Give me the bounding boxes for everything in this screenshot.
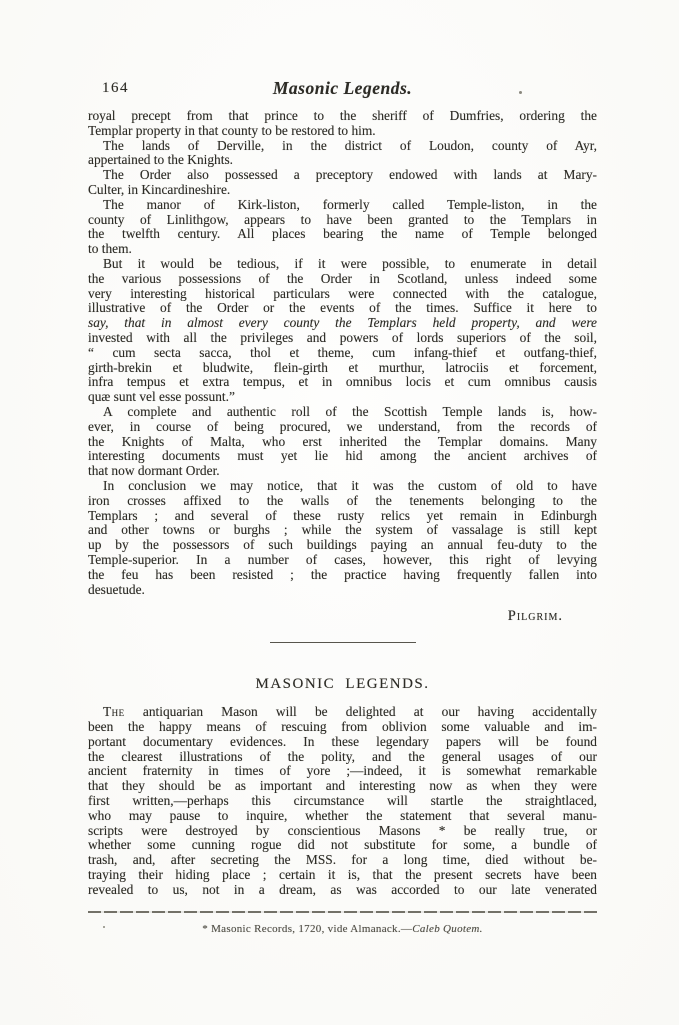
text-line: The antiquarian Mason will be delighted … [88, 705, 597, 720]
footnote-text: * Masonic Records, 1720, vide Almanack.— [202, 923, 412, 935]
text-line: Temple-superior. In a number of cases, h… [88, 553, 597, 568]
text-line: A complete and authentic roll of the Sco… [88, 405, 597, 420]
text-line: the clearest illustrations of the polity… [88, 750, 597, 765]
text-line: up by the possessors of such buildings p… [88, 538, 597, 553]
text-line: trash, and, after secreting the MSS. for… [88, 853, 597, 868]
section-divider [270, 642, 416, 643]
text-line: The Order also possessed a preceptory en… [88, 168, 597, 183]
text-line: illustrative of the Order or the events … [88, 301, 597, 316]
article-masonic-legends: MASONIC LEGENDS. The antiquarian Mason w… [88, 676, 597, 897]
text-line: royal precept from that prince to the sh… [88, 109, 597, 124]
text-line: who may pause to inquire, whether the st… [88, 809, 597, 824]
text-line: infra tempus et extra tempus, et in omni… [88, 375, 597, 390]
text-line: been the happy means of rescuing from ob… [88, 720, 597, 735]
text-line: In conclusion we may notice, that it was… [88, 479, 597, 494]
text-line: The lands of Derville, in the district o… [88, 139, 597, 154]
text-line: the various possessions of the Order in … [88, 272, 597, 287]
text-line: first written,—perhaps this circumstance… [88, 794, 597, 809]
article-heading: MASONIC LEGENDS. [88, 676, 597, 693]
text-line: Culter, in Kincardineshire. [88, 183, 597, 198]
book-page: 164 Masonic Legends. royal precept from … [0, 0, 679, 1025]
text-line: desuetude. [88, 583, 597, 598]
text-line: interesting documents must yet lie hid a… [88, 449, 597, 464]
article-text-block: The antiquarian Mason will be delighted … [88, 705, 597, 897]
text-line: that now dormant Order. [88, 464, 597, 479]
text-line: ancient fraternity in times of yore ;—in… [88, 764, 597, 779]
text-line: quæ sunt vel esse possunt.” [88, 390, 597, 405]
text-line: Templars ; and several of these rusty re… [88, 509, 597, 524]
signature: Pilgrim. [88, 608, 597, 625]
footnote-area: * Masonic Records, 1720, vide Almanack.—… [88, 911, 597, 935]
text-line: that they should be as important and int… [88, 779, 597, 794]
text-line: and other towns or burghs ; while the sy… [88, 523, 597, 538]
text-line: portant documentary evidences. In these … [88, 735, 597, 750]
text-line: very interesting historical particulars … [88, 287, 597, 302]
text-line: Templar property in that county to be re… [88, 124, 597, 139]
footnote-citation: Caleb Quotem. [412, 923, 483, 935]
footnote-rule [88, 911, 597, 913]
text-line: the twelfth century. All places bearing … [88, 227, 597, 242]
text-line: the Knights of Malta, who erst inherited… [88, 435, 597, 450]
article-text-block: royal precept from that prince to the sh… [88, 109, 597, 597]
text-line: ever, in course of being procured, we un… [88, 420, 597, 435]
page-content: 164 Masonic Legends. royal precept from … [88, 78, 597, 935]
text-line: “ cum secta sacca, thol et theme, cum in… [88, 346, 597, 361]
text-line: revealed to us, not in a dream, as was a… [88, 883, 597, 898]
running-title: Masonic Legends. [88, 78, 597, 99]
text-line: to them. [88, 242, 597, 257]
text-line: But it would be tedious, if it were poss… [88, 257, 597, 272]
text-line: appertained to the Knights. [88, 153, 597, 168]
article-templar-possessions: royal precept from that prince to the sh… [88, 109, 597, 625]
text-line: iron crosses affixed to the walls of the… [88, 494, 597, 509]
text-line: invested with all the privileges and pow… [88, 331, 597, 346]
text-line: say, that in almost every county the Tem… [88, 316, 597, 331]
text-line: traying their hiding place ; certain it … [88, 868, 597, 883]
text-line: county of Linlithgow, appears to have be… [88, 213, 597, 228]
small-caps-lead: The [103, 705, 125, 719]
footnote: * Masonic Records, 1720, vide Almanack.—… [88, 923, 597, 935]
text-line: The manor of Kirk-liston, formerly calle… [88, 198, 597, 213]
text-line: the feu has been resisted ; the practice… [88, 568, 597, 583]
page-header: 164 Masonic Legends. [88, 78, 597, 100]
text-line: scripts were destroyed by conscientious … [88, 824, 597, 839]
text-line: whether some cunning rogue did not subst… [88, 838, 597, 853]
text-line: girth-brekin et bludwite, flein-girth et… [88, 361, 597, 376]
